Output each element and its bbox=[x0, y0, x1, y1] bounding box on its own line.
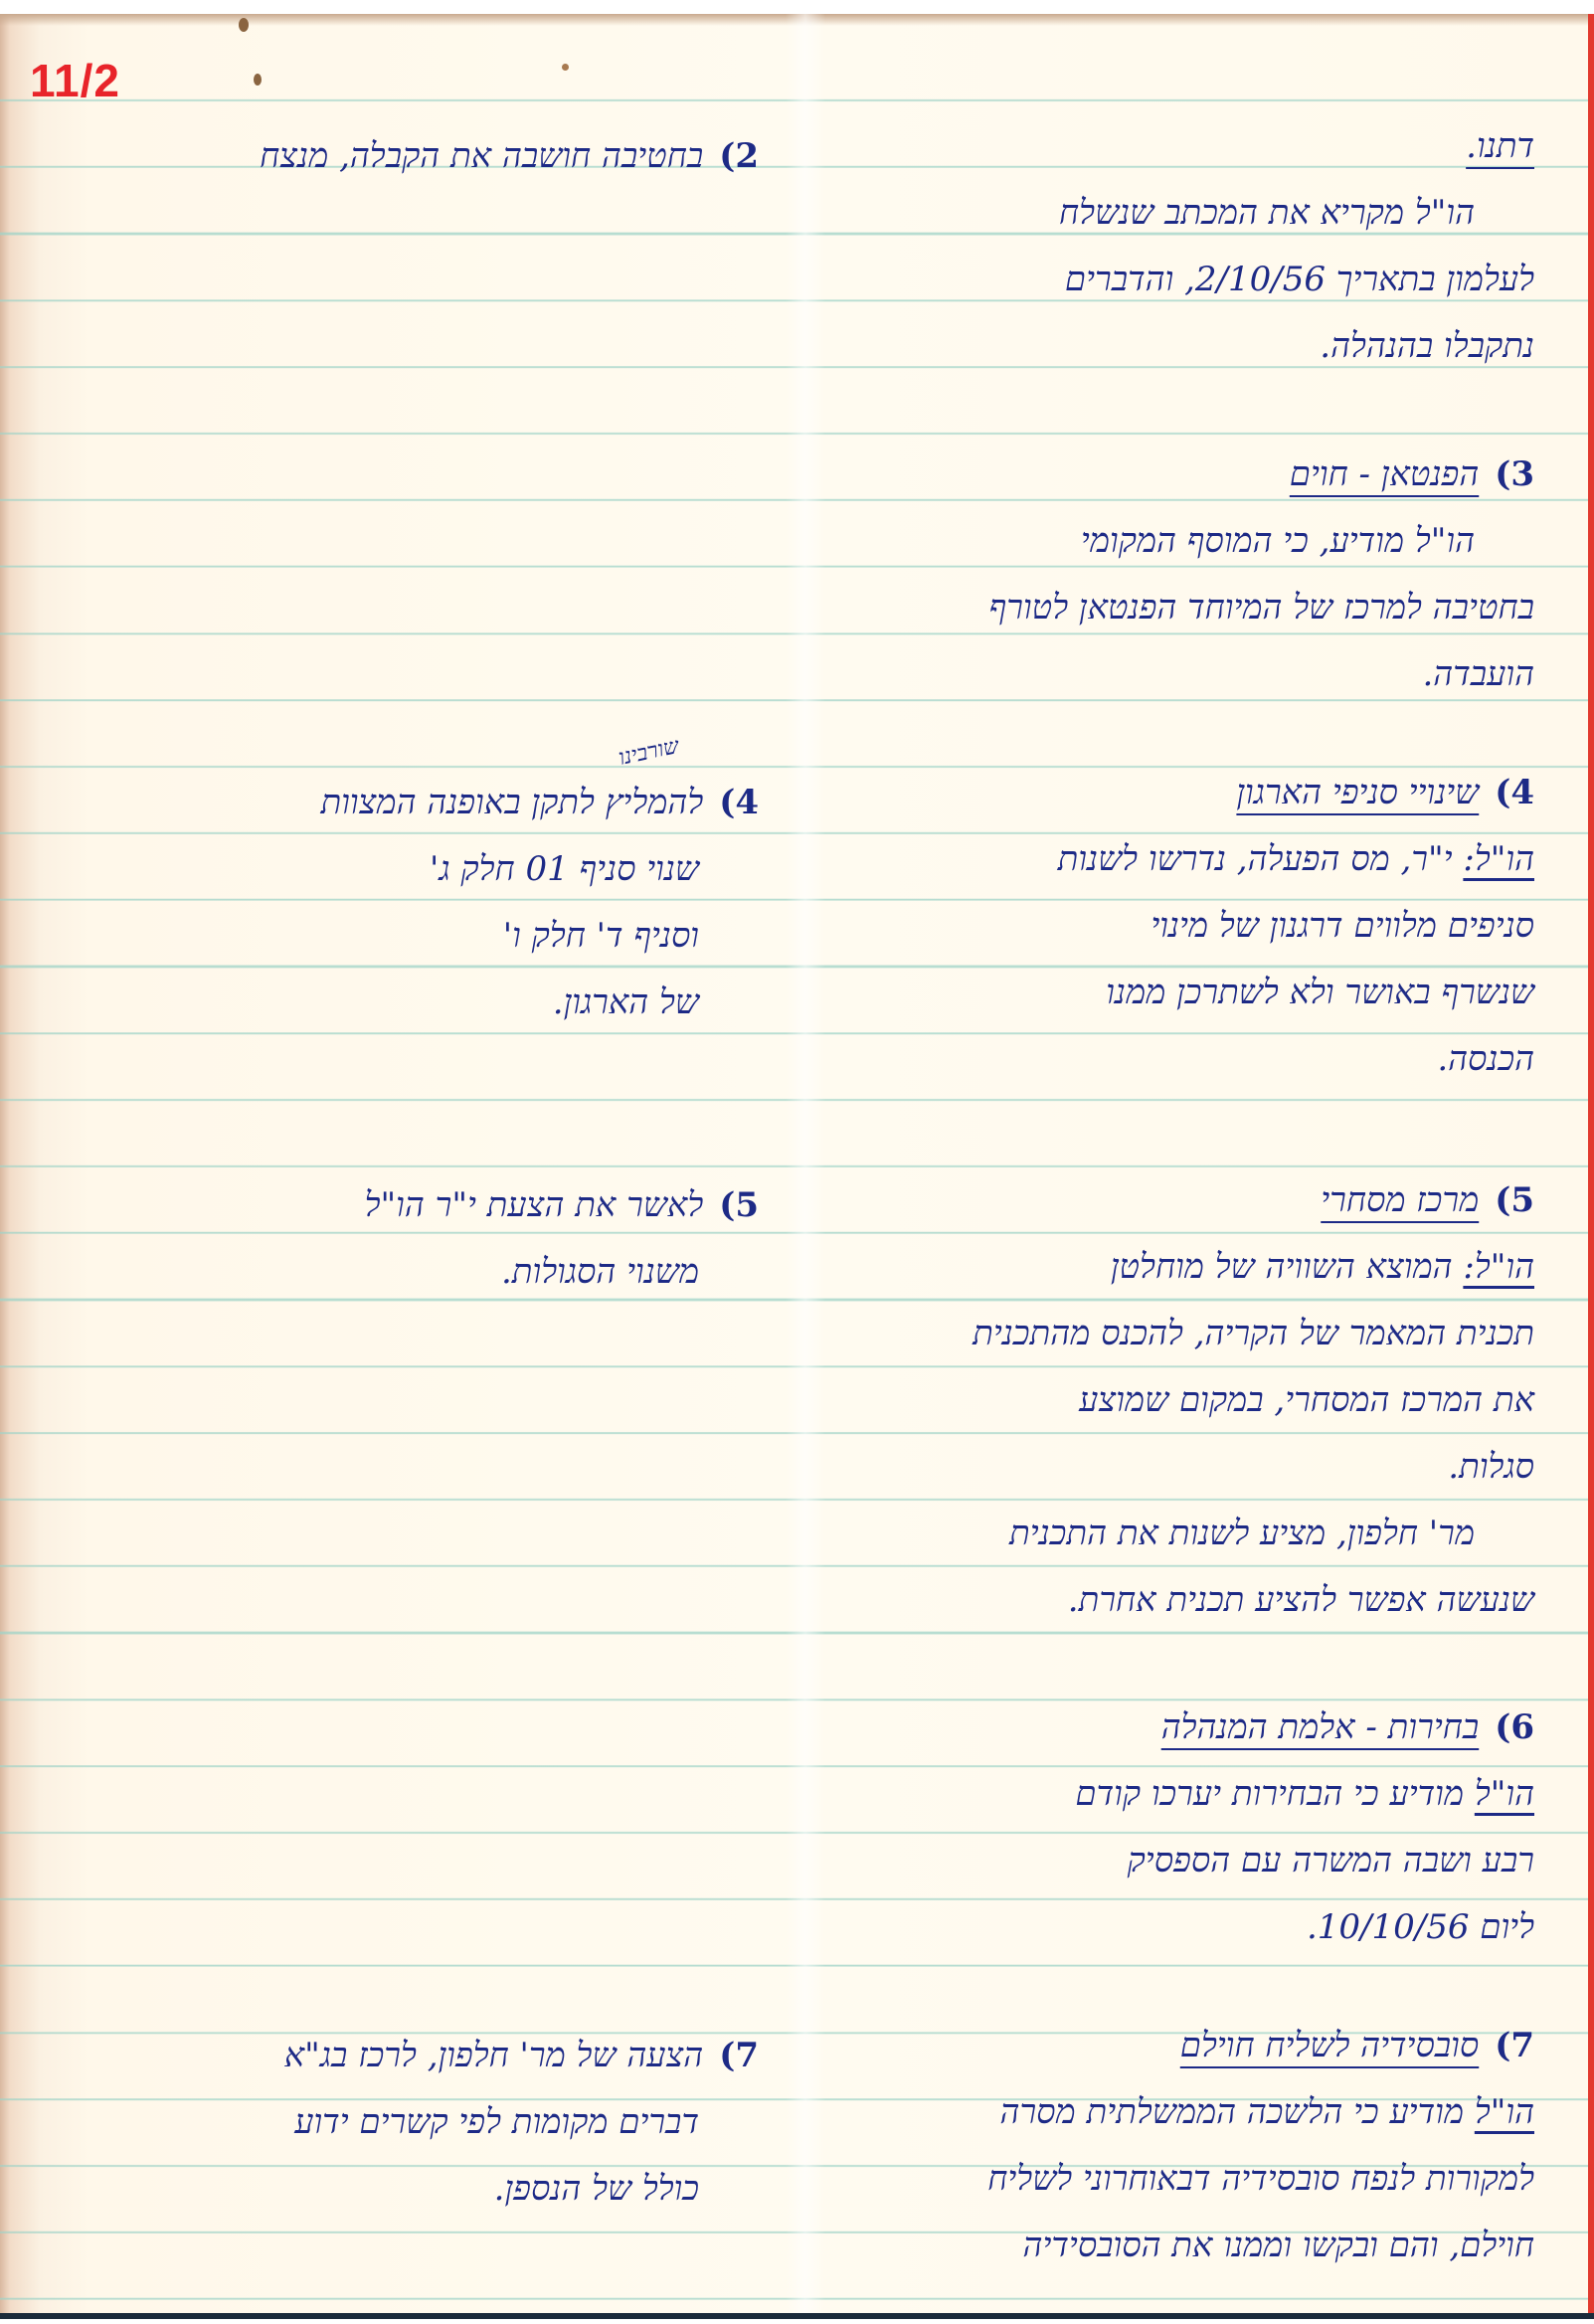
item-line: שנשרף באושר ולא לשתרכן ממנו bbox=[858, 960, 1534, 1026]
item-line: להמליץ לתקן באופנה המצוות bbox=[320, 783, 703, 822]
item-number: 4 bbox=[719, 770, 759, 836]
item-number: 7 bbox=[1495, 2013, 1534, 2079]
decision-item: 5לאשר את הצעת י"ר הו"ל משנוי הסגולות. bbox=[63, 1172, 759, 1306]
item-line: סניפים מלווים דרגנון של מינוי bbox=[858, 893, 1534, 960]
item-line: לאשר את הצעת י"ר הו"ל bbox=[365, 1185, 704, 1225]
item-number: 3 bbox=[1495, 442, 1534, 508]
item-heading: שינויי סניפי הארגון bbox=[1236, 773, 1479, 812]
item-line: שנעשה אפשר להציע תכנית אחרת. bbox=[858, 1567, 1534, 1634]
item-line: כולל של הנספן. bbox=[63, 2156, 759, 2223]
item-number: 2 bbox=[719, 123, 759, 190]
item-line: הו"ל מקריא את המכתב שנשלח bbox=[858, 180, 1534, 247]
item-line: המוצא השוויה של מוחלטן bbox=[1111, 1247, 1453, 1287]
item-heading: דתנו. bbox=[1466, 126, 1534, 166]
item-line: הכנסה. bbox=[858, 1026, 1534, 1093]
minutes-item: 4שינויי סניפי הארגון הו"ל: י"ר, מס הפעלה… bbox=[858, 760, 1534, 1093]
item-heading: הפנטאן - חוים bbox=[1290, 454, 1479, 494]
minutes-item: 3הפנטאן - חוים הו"ל מודיע, כי המוסף המקו… bbox=[858, 442, 1534, 708]
item-line: משנוי הסגולות. bbox=[63, 1239, 759, 1306]
item-line: תכנית המאמר של הקריה, להכנס מהתכנית bbox=[858, 1301, 1534, 1367]
item-line: בחטיבה חושבה את הקבלה, מנצח bbox=[260, 136, 703, 176]
item-line: הו"ל מודיע, כי המוסף המקומי bbox=[858, 508, 1534, 575]
minutes-item: דתנו. הו"ל מקריא את המכתב שנשלח לעלמון ב… bbox=[858, 113, 1534, 380]
item-line: מר' חלפון, מציע לשנות את התכנית bbox=[858, 1501, 1534, 1567]
speaker-label: הו"ל: bbox=[1463, 1247, 1534, 1287]
item-line: של הארגון. bbox=[63, 970, 759, 1036]
item-number: 5 bbox=[1495, 1167, 1534, 1234]
speaker-label: הו"ל: bbox=[1463, 839, 1534, 879]
minutes-item: 6בחירות - אלמת המנהלה הו"ל מודיע כי הבחי… bbox=[858, 1695, 1534, 1961]
item-line: בחטיבה למרכז של המיוחד הפנטאן לטורף bbox=[858, 575, 1534, 641]
item-line: סגלות. bbox=[858, 1434, 1534, 1501]
item-line: רבע ושבה המשרה עם הספסיק bbox=[858, 1828, 1534, 1894]
decision-item: שורבינו 4להמליץ לתקן באופנה המצוות שנוי … bbox=[63, 770, 759, 1036]
item-line: את המרכז המסחרי, במקום שמוצע bbox=[858, 1367, 1534, 1434]
item-line: הועבדה. bbox=[858, 641, 1534, 708]
center-fold bbox=[786, 14, 825, 2319]
item-line: לעלמון בתאריך 2/10/56, והדברים bbox=[858, 247, 1534, 313]
decision-item: 2בחטיבה חושבה את הקבלה, מנצח bbox=[63, 123, 759, 190]
item-heading: מרכז מסחרי bbox=[1321, 1180, 1479, 1220]
decision-item: 7הצעה של מר' חלפון, לרכז בג"א דברים מקומ… bbox=[63, 2023, 759, 2223]
right-column: דתנו. הו"ל מקריא את המכתב שנשלח לעלמון ב… bbox=[858, 14, 1534, 2319]
item-number: 5 bbox=[719, 1172, 759, 1239]
notebook-page: 11/2 דתנו. הו"ל מקריא את המכתב שנשלח לעל… bbox=[0, 14, 1594, 2319]
item-line: שנוי סניף 01 חלק ג' bbox=[63, 836, 759, 903]
item-line: מודיע כי הלשכה הממשלתית מסרה bbox=[1000, 2092, 1464, 2132]
item-line: דברים מקומות לפי קשרים ידוע bbox=[63, 2089, 759, 2156]
speaker-label: הו"ל bbox=[1475, 2092, 1534, 2132]
item-heading: בחירות - אלמת המנהלה bbox=[1161, 1707, 1480, 1747]
item-line: חוילם, והם ובקשו וממנו את הסובסידיה bbox=[858, 2213, 1534, 2279]
speaker-label: הו"ל bbox=[1475, 1774, 1534, 1814]
item-line: מודיע כי הבחירות יערכו קודם bbox=[1075, 1774, 1464, 1814]
item-line: ליום 10/10/56. bbox=[858, 1894, 1534, 1961]
item-heading: סובסידיה לשליח חוילם bbox=[1180, 2026, 1479, 2065]
item-line: הצעה של מר' חלפון, לרכז בג"א bbox=[284, 2036, 703, 2075]
item-line: י"ר, מס הפעלה, נדרשו לשנות bbox=[1058, 839, 1453, 879]
item-number: 6 bbox=[1495, 1695, 1534, 1761]
item-line: וסניף ד' חלק ו' bbox=[63, 903, 759, 970]
handwritten-insertion: שורבינו bbox=[617, 734, 681, 772]
right-edge-strip bbox=[1588, 14, 1594, 2319]
item-line: למקורות לנפח סובסידיה דבאוחרוני לשליח bbox=[858, 2146, 1534, 2213]
left-column: 2בחטיבה חושבה את הקבלה, מנצח שורבינו 4לה… bbox=[63, 14, 759, 2319]
minutes-item: 5מרכז מסחרי הו"ל: המוצא השוויה של מוחלטן… bbox=[858, 1167, 1534, 1634]
minutes-item: 7סובסידיה לשליח חוילם הו"ל מודיע כי הלשכ… bbox=[858, 2013, 1534, 2279]
item-number: 7 bbox=[719, 2023, 759, 2089]
item-number: 4 bbox=[1495, 760, 1534, 826]
item-line: נתקבלו בהנהלה. bbox=[858, 313, 1534, 380]
